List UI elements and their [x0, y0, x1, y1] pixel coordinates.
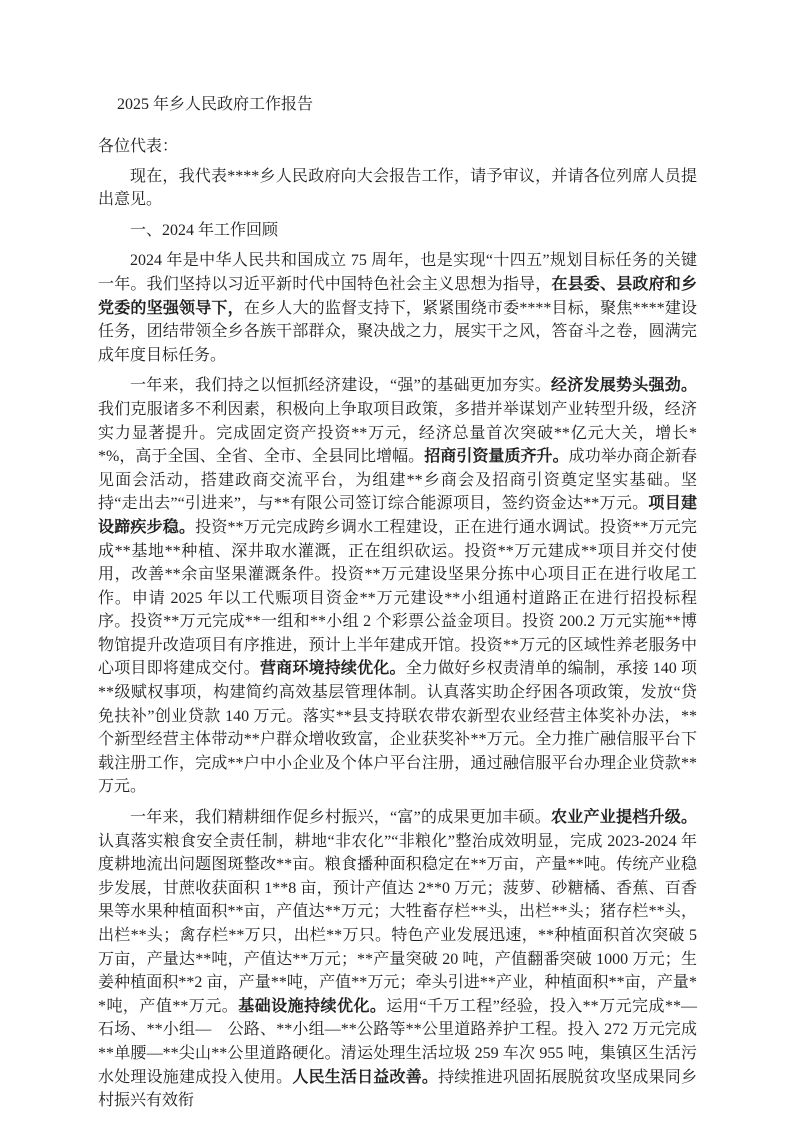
salutation: 各位代表：: [98, 135, 697, 159]
bold-heading-run: 营商环境持续优化。: [260, 660, 406, 677]
paragraph: 一年来，我们精耕细作促乡村振兴，“富”的成果更加丰硕。农业产业提档升级。认真落实…: [98, 806, 697, 1113]
bold-heading-run: 经济发展势头强劲。: [551, 377, 697, 394]
text-run: 一年来，我们精耕细作促乡村振兴，“富”的成果更加丰硕。: [130, 809, 551, 826]
bold-heading-run: 农业产业提档升级。: [551, 809, 697, 826]
paragraph: 现在，我代表****乡人民政府向大会报告工作，请予审议，并请各位列席人员提出意见…: [98, 165, 697, 212]
bold-heading-run: 基础设施持续优化。: [238, 998, 386, 1015]
paragraph: 2024 年是中华人民共和国成立 75 周年，也是实现“十四五”规划目标任务的关…: [98, 249, 697, 367]
bold-heading-run: 人民生活日益改善。: [292, 1069, 438, 1086]
text-run: 现在，我代表****乡人民政府向大会报告工作，请予审议，并请各位列席人员提出意见…: [98, 168, 697, 209]
text-run: 一、2024 年工作回顾: [130, 222, 278, 239]
text-run: 投资**万元完成跨乡调水工程建设，正在进行通水调试。投资**万元完成**基地**…: [98, 519, 697, 678]
bold-heading-run: 招商引资量质齐升。: [424, 448, 568, 465]
text-run: 一年来，我们持之以恒抓经济建设，“强”的基础更加夯实。: [130, 377, 551, 394]
paragraph: 一、2024 年工作回顾: [98, 219, 697, 243]
text-run: 全力做好乡权责清单的编制，承接 140 项**级赋权事项，构建简约高效基层管理体…: [98, 660, 697, 795]
paragraph: 一年来，我们持之以恒抓经济建设，“强”的基础更加夯实。经济发展势头强劲。我们克服…: [98, 374, 697, 799]
document-title: 2025 年乡人民政府工作报告: [117, 93, 697, 117]
document-page: 2025 年乡人民政府工作报告 各位代表： 现在，我代表****乡人民政府向大会…: [0, 0, 793, 1122]
text-run: 认真落实粮食安全责任制，耕地“非农化”“非粮化”整治成效明显，完成 2023-2…: [98, 833, 697, 1015]
document-body: 现在，我代表****乡人民政府向大会报告工作，请予审议，并请各位列席人员提出意见…: [98, 165, 697, 1113]
